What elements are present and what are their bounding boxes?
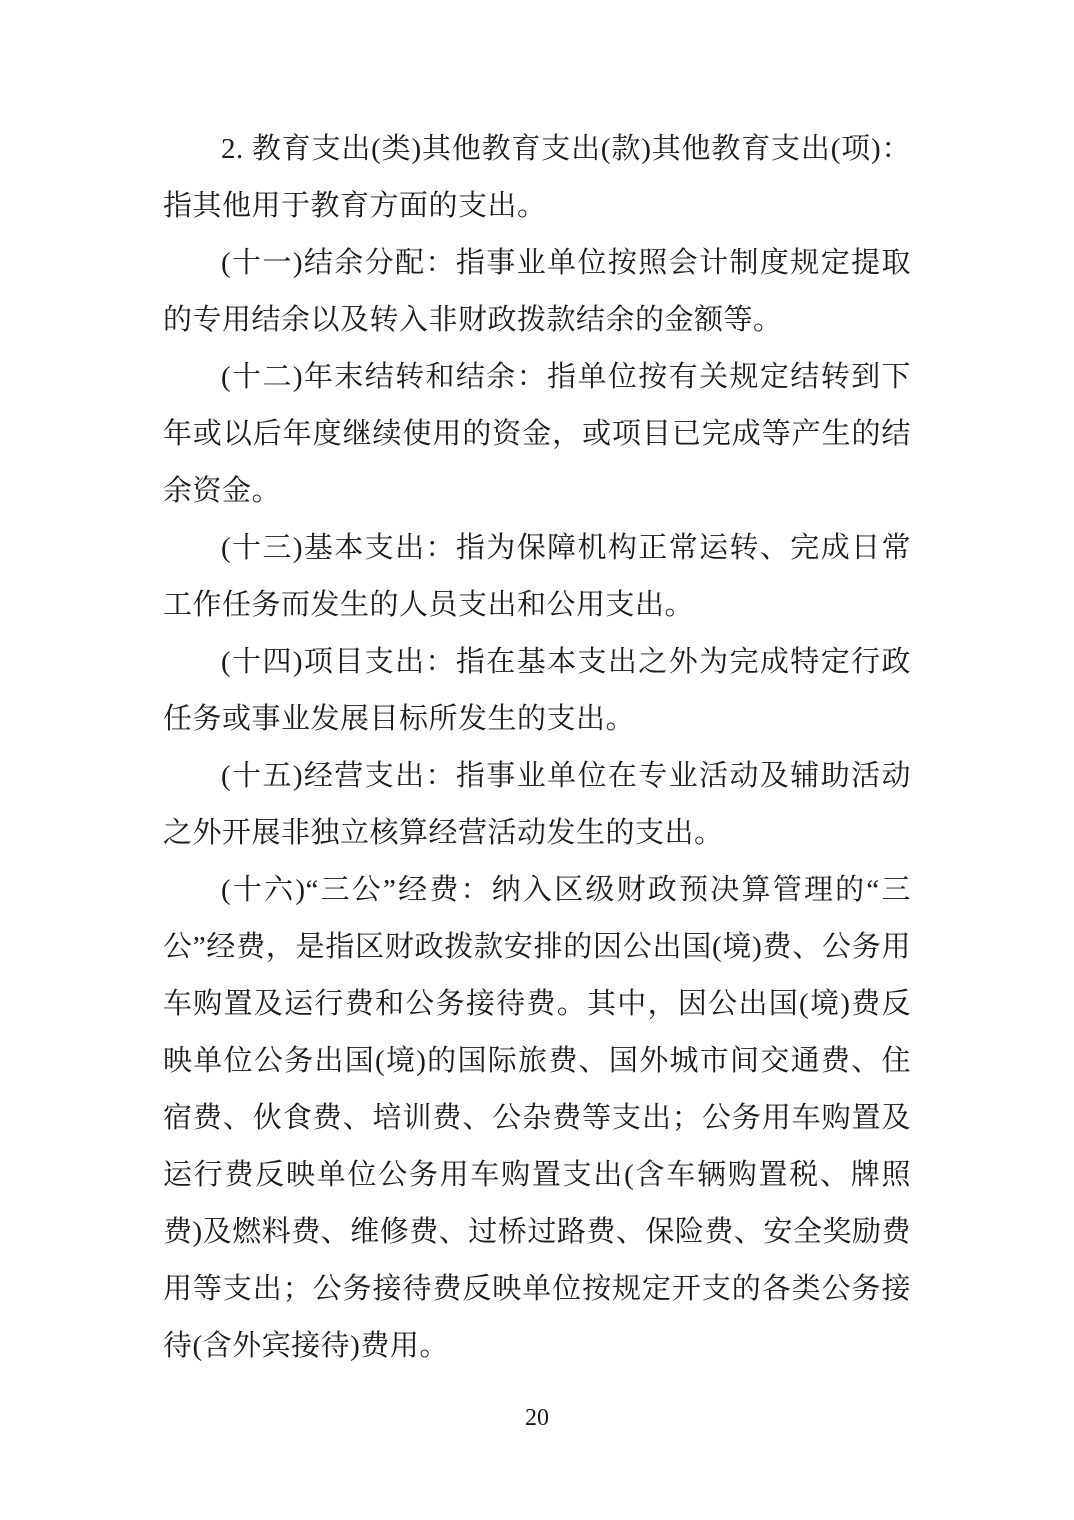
document-body: 2. 教育支出(类)其他教育支出(款)其他教育支出(项)：指其他用于教育方面的支…: [163, 121, 911, 1375]
paragraph-14-project-expenditure: (十四)项目支出：指在基本支出之外为完成特定行政任务或事业发展目标所发生的支出。: [163, 634, 911, 748]
document-page: 2. 教育支出(类)其他教育支出(款)其他教育支出(项)：指其他用于教育方面的支…: [0, 0, 1074, 1520]
page-footer: 20: [0, 1402, 1074, 1434]
paragraph-11-surplus-distribution: (十一)结余分配：指事业单位按照会计制度规定提取的专用结余以及转入非财政拨款结余…: [163, 235, 911, 349]
paragraph-15-operating-expenditure: (十五)经营支出：指事业单位在专业活动及辅助活动之外开展非独立核算经营活动发生的…: [163, 748, 911, 862]
paragraph-education-expenditure: 2. 教育支出(类)其他教育支出(款)其他教育支出(项)：指其他用于教育方面的支…: [163, 121, 911, 235]
paragraph-16-three-public-funds: (十六)“三公”经费：纳入区级财政预决算管理的“三公”经费，是指区财政拨款安排的…: [163, 862, 911, 1375]
paragraph-13-basic-expenditure: (十三)基本支出：指为保障机构正常运转、完成日常工作任务而发生的人员支出和公用支…: [163, 520, 911, 634]
page-number: 20: [525, 1405, 549, 1431]
paragraph-12-year-end-carryover: (十二)年末结转和结余：指单位按有关规定结转到下年或以后年度继续使用的资金，或项…: [163, 349, 911, 520]
